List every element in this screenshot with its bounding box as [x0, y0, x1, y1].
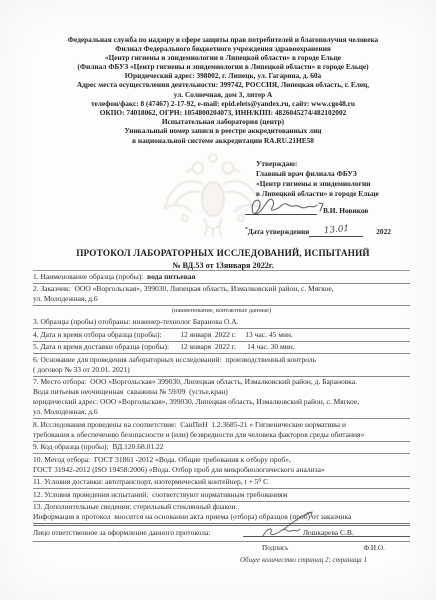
signature-captions-row: Подпись Ф.И.О.	[33, 542, 410, 553]
approver-position-line1: Главный врач филиала ФБУЗ	[256, 169, 423, 179]
item-7-line3: юридический адрес: ООО «Воргольская», 39…	[33, 397, 410, 407]
responsible-person-name: Лошкарева С.В.	[303, 528, 354, 538]
org-authority-line: Федеральная служба по надзору в сфере за…	[10, 35, 436, 44]
item-5-line1: 5. Дата и время доставки образца (пробы)…	[33, 342, 410, 352]
item-delivery-datetime: 5. Дата и время доставки образца (пробы)…	[33, 342, 410, 355]
item-11-line1: 11. Условия доставки: автотранспорт, изо…	[33, 477, 410, 487]
protocol-number-line: № ВД.53 от 13января 2022г.	[10, 261, 436, 270]
item-13-line1: 13. Дополнительные сведения: стерильный …	[33, 502, 410, 512]
item-7-line1: 7. Место отбора: ООО «Воргольская» 39903…	[33, 377, 410, 387]
org-name-short-line: (Филиал ФБУЗ «Центр гигиены и эпидемиоло…	[10, 62, 436, 71]
item-sampling-method: 10. Метод отбора: ГОСТ 31861 -2012 «Вода…	[33, 454, 410, 477]
item-sampling-place: 7. Место отбора: ООО «Воргольская» 39903…	[33, 377, 410, 420]
item-1-label: 1. Наименование образца (пробы):	[33, 272, 147, 281]
activity-address-line2: ул. Солнечная, дом 3, литер А	[10, 90, 436, 99]
item-10-line1: 10. Метод отбора: ГОСТ 31861 -2012 «Вода…	[33, 455, 410, 465]
item-test-conditions: 12. Условия проведения испытаний: соотве…	[33, 489, 410, 502]
customer-field-note: (наименование, контактные данные)	[33, 306, 410, 317]
approval-date-label: Дата утверждения	[248, 227, 309, 236]
registry-codes-line: ОКПО: 74018062, ОГРН: 1054800204073, ИНН…	[10, 108, 436, 117]
responsible-person-row: Лицо ответственное за оформление данного…	[33, 526, 410, 542]
protocol-title-line: ПРОТОКОЛ ЛАБОРАТОРНЫХ ИССЛЕДОВАНИЙ, ИСПЫ…	[10, 248, 436, 258]
accreditation-line2: в национальной системе аккредитации RA.R…	[10, 136, 436, 146]
item-3-line1: 3. Образцы (пробы) отобраны: инженер-тех…	[33, 317, 410, 327]
item-10-line2: ГОСТ 31942-2012 (ISO 19458:2006) «Вода. …	[33, 465, 410, 475]
item-6-line1: 6. Основание для проведения лабораторных…	[33, 355, 410, 365]
item-8-line2: требования к обеспечению безопасности и …	[33, 430, 410, 440]
page-count-footer: Общее количество страниц 2; страница 1	[240, 556, 367, 564]
item-12-line1: 12. Условия проведения испытаний: соотве…	[33, 490, 410, 500]
item-13-line2: Информация в протокол вносится на основа…	[33, 512, 410, 522]
approver-name: В.И. Новиков	[323, 206, 368, 216]
laboratory-line: Испытательная лаборатория (центр)	[10, 117, 436, 126]
novikov-signature-icon	[247, 195, 325, 219]
approval-date-row: *Дата утверждения13.012022	[245, 225, 423, 237]
item-customer: 2. Заказчик: ООО «Воргольская», 399030, …	[33, 284, 410, 307]
item-6-line2: ( договор № 33 от 20.01. 2021)	[33, 365, 410, 375]
item-sample-name: 1. Наименование образца (пробы): вода пи…	[33, 271, 410, 284]
item-basis: 6. Основание для проведения лабораторных…	[33, 354, 410, 377]
item-2-line1: 2. Заказчик: ООО «Воргольская», 399030, …	[33, 284, 410, 294]
approver-signature-row: В.И. Новиков	[245, 199, 423, 220]
letterhead: Федеральная служба по надзору в сфере за…	[10, 35, 436, 126]
loshkareva-signature-icon	[261, 525, 301, 539]
item-7-line2: Вода питьевая неочищенная скважина № 59/…	[33, 387, 410, 397]
document-title: ПРОТОКОЛ ЛАБОРАТОРНЫХ ИССЛЕДОВАНИЙ, ИСПЫ…	[10, 248, 436, 270]
approval-year: 2022	[376, 227, 391, 236]
org-name-line: «Центр гигиены и эпидемиологии в Липецко…	[10, 53, 436, 62]
signature-line	[245, 214, 317, 215]
accreditation-block: Уникальный номер записи в реестре аккред…	[10, 126, 436, 145]
item-4-line1: 4. Дата и время отбора образца (пробы): …	[33, 330, 410, 340]
handwritten-date: 13.01	[323, 225, 349, 237]
accreditation-line1: Уникальный номер записи в реестре аккред…	[10, 126, 436, 136]
activity-address-line1: Адрес места осуществления деятельности: …	[10, 80, 436, 89]
signature-caption: Подпись	[262, 543, 288, 553]
protocol-items: 1. Наименование образца (пробы): вода пи…	[33, 270, 410, 553]
item-1-value: вода питьевая	[147, 272, 195, 281]
item-9-line1: 9. Код образца (пробы): ВД.120.68.01.22	[33, 442, 410, 452]
approval-date-line: 13.01	[309, 225, 363, 237]
org-branch-line: Филиал Федерального бюджетного учреждени…	[10, 44, 436, 53]
item-sampled-by: 3. Образцы (пробы) отобраны: инженер-тех…	[33, 317, 410, 330]
item-additional-info: 13. Дополнительные сведения: стерильный …	[33, 502, 410, 527]
responsible-person-label: Лицо ответственное за оформление данного…	[33, 528, 210, 537]
item-8-line1: 8. Исследования проведены на соответстви…	[33, 420, 410, 430]
item-delivery-conditions: 11. Условия доставки: автотранспорт, изо…	[33, 477, 410, 490]
approval-word: Утверждаю:	[256, 159, 423, 169]
item-sample-code: 9. Код образца (пробы): ВД.120.68.01.22	[33, 442, 410, 455]
fullname-caption: Ф.И.О.	[363, 543, 384, 553]
contacts-line: телефон/факс: 8 (47467) 2-17-92, e-mail:…	[10, 99, 436, 108]
legal-address-line: Юридический адрес: 398002, г. Липецк, ул…	[10, 71, 436, 80]
approver-position-line2: «Центр гигиены и эпидемиологии	[256, 179, 423, 189]
approval-block: Утверждаю: Главный врач филиала ФБУЗ «Це…	[245, 159, 423, 237]
item-compliance-standard: 8. Исследования проведены на соответстви…	[33, 419, 410, 442]
item-7-line4: ул. Молодежная, д.6	[33, 407, 410, 417]
item-2-line2: ул. Молодежная, д.6	[33, 294, 410, 304]
protocol-document-page: Федеральная служба по надзору в сфере за…	[0, 0, 436, 600]
item-sampling-datetime: 4. Дата и время отбора образца (пробы): …	[33, 329, 410, 342]
